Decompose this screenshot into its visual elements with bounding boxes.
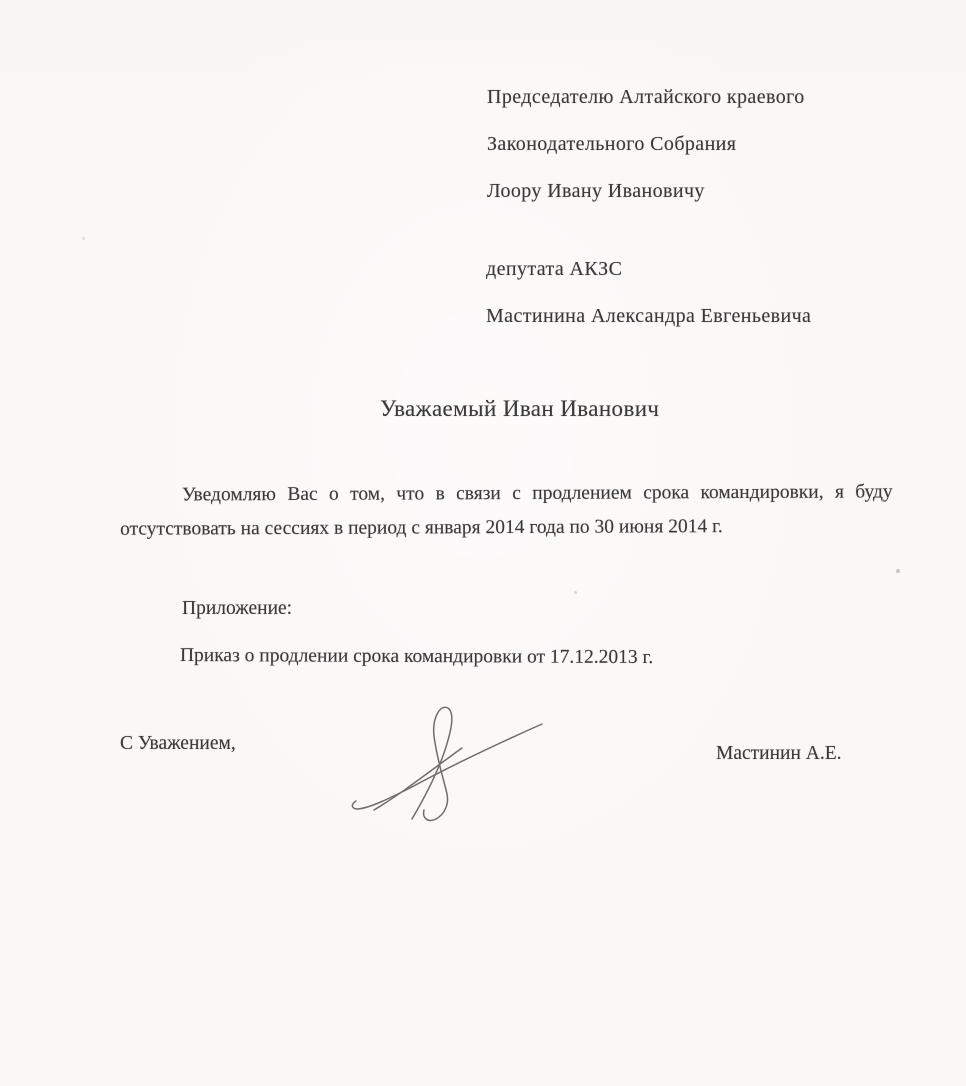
sender-line: Мастинина Александра Евгеньевича [486,293,811,340]
salutation: Уважаемый Иван Иванович [380,394,659,424]
sender-block: депутата АКЗС Мастинина Александра Евген… [486,246,811,340]
attachment-label: Приложение: [182,599,292,619]
scan-speck [574,591,577,594]
letter-page: Председателю Алтайского краевого Законод… [0,0,966,1086]
handwritten-signature [346,698,550,822]
recipient-line: Законодательного Собрания [487,121,805,168]
closing-regards: С Уважением, [120,734,236,754]
recipient-line: Лоору Ивану Ивановичу [487,168,805,215]
body-line: Уведомляю Вас о том, что в связи с продл… [120,475,910,512]
signer-name: Мастинин А.Е. [716,744,842,764]
scan-speck [82,237,85,240]
signature-strokes [346,698,550,822]
attachment-item: Приказ о продлении срока командировки от… [180,646,653,668]
recipient-line: Председателю Алтайского краевого [487,74,805,121]
recipient-block: Председателю Алтайского краевого Законод… [487,74,805,215]
body-line: отсутствовать на сессиях в период с янва… [120,509,910,546]
scan-speck [896,569,900,573]
body-paragraph: Уведомляю Вас о том, что в связи с продл… [120,475,910,546]
sender-line: депутата АКЗС [486,246,811,293]
